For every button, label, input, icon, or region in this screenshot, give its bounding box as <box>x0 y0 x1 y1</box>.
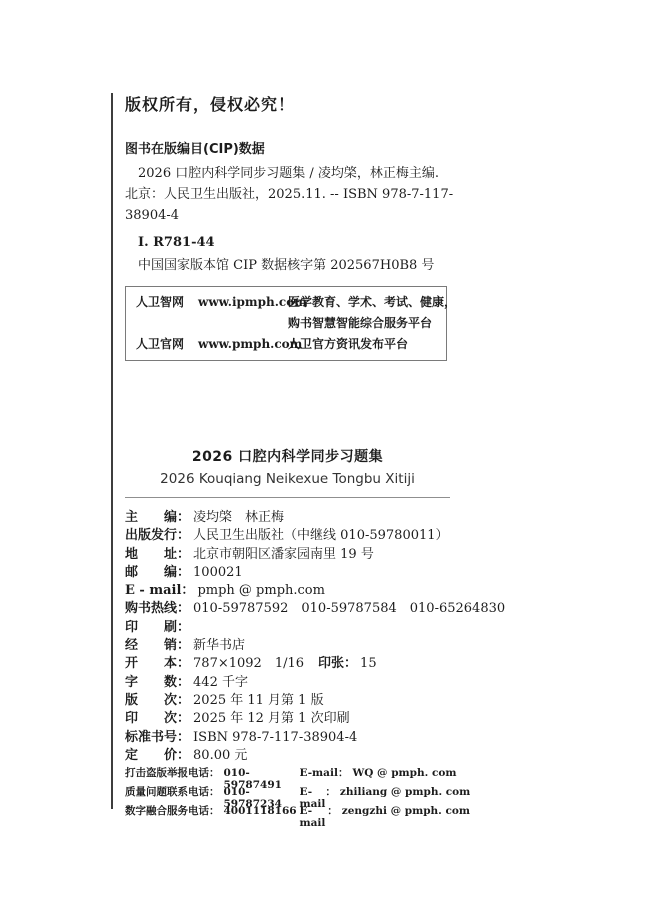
row-colon: ： <box>177 561 190 580</box>
colophon-row-publisher: 出版发行：人民卫生出版社（中继线 010-59780011） <box>125 524 470 542</box>
row-colon: ： <box>338 765 349 780</box>
colophon-row-isbn: 标准书号：ISBN 978-7-117-38904-4 <box>125 726 470 744</box>
cip-line: 北京：人民卫生出版社，2025.11. -- ISBN 978-7-117- <box>125 184 470 205</box>
platform-name: 人卫智网 <box>136 292 198 313</box>
hotline-phone: 4001118166 <box>224 805 300 817</box>
row-value: 北京市朝阳区潘家园南里 19 号 <box>193 543 374 562</box>
hotline-label: 数字融合服务电话 <box>125 803 209 818</box>
digital-service-row: 数字融合服务电话：4001118166E-mail：zengzhi @ pmph… <box>125 803 470 822</box>
row-colon: ： <box>344 652 357 671</box>
row-value: 新华书店 <box>193 634 245 653</box>
row-value: ISBN 978-7-117-38904-4 <box>193 730 357 745</box>
colophon-row-printer: 印 刷： <box>125 616 470 634</box>
row-colon: ： <box>177 671 190 690</box>
row-label: 版 次 <box>125 689 177 708</box>
row-value: pmph @ pmph.com <box>197 583 325 598</box>
row-colon: ： <box>177 634 190 653</box>
row-label: 标准书号 <box>125 726 177 745</box>
row-label: 经 销 <box>125 634 177 653</box>
row-label: 购书热线 <box>125 597 177 616</box>
platform-info-box: 人卫智网 www.ipmph.com 医学教育、学术、考试、健康， 购书智慧智能… <box>125 286 447 361</box>
row-colon: ： <box>177 744 190 763</box>
platform-url <box>198 313 288 334</box>
row-value-sheets: 15 <box>360 656 377 671</box>
row-value: 80.00 元 <box>193 744 247 763</box>
row-colon: ： <box>177 524 190 543</box>
row-label: 印 刷 <box>125 616 177 635</box>
platform-url: www.ipmph.com <box>198 292 288 313</box>
row-label: 地 址 <box>125 543 177 562</box>
platform-description: 购书智慧智能综合服务平台 <box>288 313 446 334</box>
platform-row: 购书智慧智能综合服务平台 <box>136 313 446 334</box>
row-colon: ： <box>177 652 190 671</box>
colophon-row-format: 开 本：787×1092 1/16印张：15 <box>125 652 470 670</box>
platform-description: 医学教育、学术、考试、健康， <box>288 292 456 313</box>
platform-name: 人卫官网 <box>136 334 198 355</box>
row-colon: ： <box>177 616 190 635</box>
piracy-report-row: 打击盗版举报电话：010-59787491E-mail：WQ @ pmph. c… <box>125 765 470 784</box>
row-colon: ： <box>327 803 338 818</box>
hotline-email: zhiliang @ pmph. com <box>340 786 470 798</box>
copyright-notice: 版权所有，侵权必究！ <box>125 93 470 115</box>
colophon-row-distributor: 经 销：新华书店 <box>125 634 470 652</box>
hotline-label: 质量问题联系电话 <box>125 784 209 799</box>
cip-classification: Ⅰ. R781-44 <box>125 234 470 251</box>
colophon-row-email: E - mail：pmph @ pmph.com <box>125 579 470 597</box>
email-label: E-mail <box>300 767 338 779</box>
cip-record-number: 中国国家版本馆 CIP 数据核字第 202567H0B8 号 <box>125 257 470 274</box>
platform-name <box>136 313 198 334</box>
row-colon: ： <box>177 707 190 726</box>
colophon-row-editor: 主 编：凌均棨 林正梅 <box>125 506 470 524</box>
row-label: 定 价 <box>125 744 177 763</box>
hotline-label: 打击盗版举报电话 <box>125 765 209 780</box>
row-colon: ： <box>177 506 190 525</box>
platform-description: 人卫官方资讯发布平台 <box>288 334 446 355</box>
row-colon: ： <box>181 579 194 598</box>
platform-row: 人卫官网 www.pmph.com 人卫官方资讯发布平台 <box>136 334 446 355</box>
row-colon: ： <box>177 543 190 562</box>
email-label: E-mail <box>300 805 328 829</box>
left-rule-line <box>111 93 113 809</box>
colophon-content: 版权所有，侵权必究！ 图书在版编目(CIP)数据 2026 口腔内科学同步习题集… <box>125 93 470 822</box>
hotline-section: 打击盗版举报电话：010-59787491E-mail：WQ @ pmph. c… <box>125 765 470 822</box>
book-title-cn: 2026 口腔内科学同步习题集 <box>125 448 450 466</box>
row-label: 开 本 <box>125 652 177 671</box>
colophon-row-edition: 版 次：2025 年 11 月第 1 版 <box>125 689 470 707</box>
row-colon: ： <box>209 803 220 818</box>
cip-paragraph: 2026 口腔内科学同步习题集 / 凌均棨，林正梅主编. 北京：人民卫生出版社，… <box>125 163 470 226</box>
platform-row: 人卫智网 www.ipmph.com 医学教育、学术、考试、健康， <box>136 292 446 313</box>
colophon-row-printing: 印 次：2025 年 12 月第 1 次印刷 <box>125 707 470 725</box>
row-colon: ： <box>177 689 190 708</box>
hotline-email: zengzhi @ pmph. com <box>342 805 470 817</box>
colophon-row-postcode: 邮 编：100021 <box>125 561 470 579</box>
row-label: 印 次 <box>125 707 177 726</box>
row-colon: ： <box>209 784 220 799</box>
book-title-pinyin: 2026 Kouqiang Neikexue Tongbu Xitiji <box>125 471 450 487</box>
colophon-table: 主 编：凌均棨 林正梅 出版发行：人民卫生出版社（中继线 010-5978001… <box>125 506 470 762</box>
hotline-email: WQ @ pmph. com <box>352 767 456 779</box>
row-colon: ： <box>325 784 336 799</box>
row-value: 人民卫生出版社（中继线 010-59780011） <box>193 524 449 543</box>
row-value: 787×1092 1/16 <box>193 652 304 671</box>
row-label: 主 编 <box>125 506 177 525</box>
row-value: 010-59787592 010-59787584 010-65264830 <box>193 597 505 616</box>
row-label-sheets: 印张 <box>318 652 344 671</box>
colophon-row-price: 定 价：80.00 元 <box>125 744 470 762</box>
row-colon: ： <box>177 597 190 616</box>
row-label: 字 数 <box>125 671 177 690</box>
row-value: 凌均棨 林正梅 <box>193 506 284 525</box>
row-colon: ： <box>209 765 220 780</box>
row-colon: ： <box>177 726 190 745</box>
row-label: E - mail <box>125 583 181 598</box>
row-value: 442 千字 <box>193 671 248 690</box>
row-label: 邮 编 <box>125 561 177 580</box>
colophon-row-address: 地 址：北京市朝阳区潘家园南里 19 号 <box>125 543 470 561</box>
row-value: 2025 年 11 月第 1 版 <box>193 689 324 708</box>
quality-contact-row: 质量问题联系电话：010-59787234E-mail：zhiliang @ p… <box>125 784 470 803</box>
platform-url: www.pmph.com <box>198 334 288 355</box>
divider-line <box>125 497 450 498</box>
cip-line: 38904-4 <box>125 205 470 226</box>
colophon-row-wordcount: 字 数：442 千字 <box>125 671 470 689</box>
colophon-page: 版权所有，侵权必究！ 图书在版编目(CIP)数据 2026 口腔内科学同步习题集… <box>0 0 656 900</box>
row-value: 100021 <box>193 565 243 580</box>
row-value: 2025 年 12 月第 1 次印刷 <box>193 707 350 726</box>
cip-heading: 图书在版编目(CIP)数据 <box>125 141 470 158</box>
row-label: 出版发行 <box>125 524 177 543</box>
colophon-row-order-hotline: 购书热线：010-59787592 010-59787584 010-65264… <box>125 597 470 615</box>
cip-line: 2026 口腔内科学同步习题集 / 凌均棨，林正梅主编. <box>125 163 470 184</box>
